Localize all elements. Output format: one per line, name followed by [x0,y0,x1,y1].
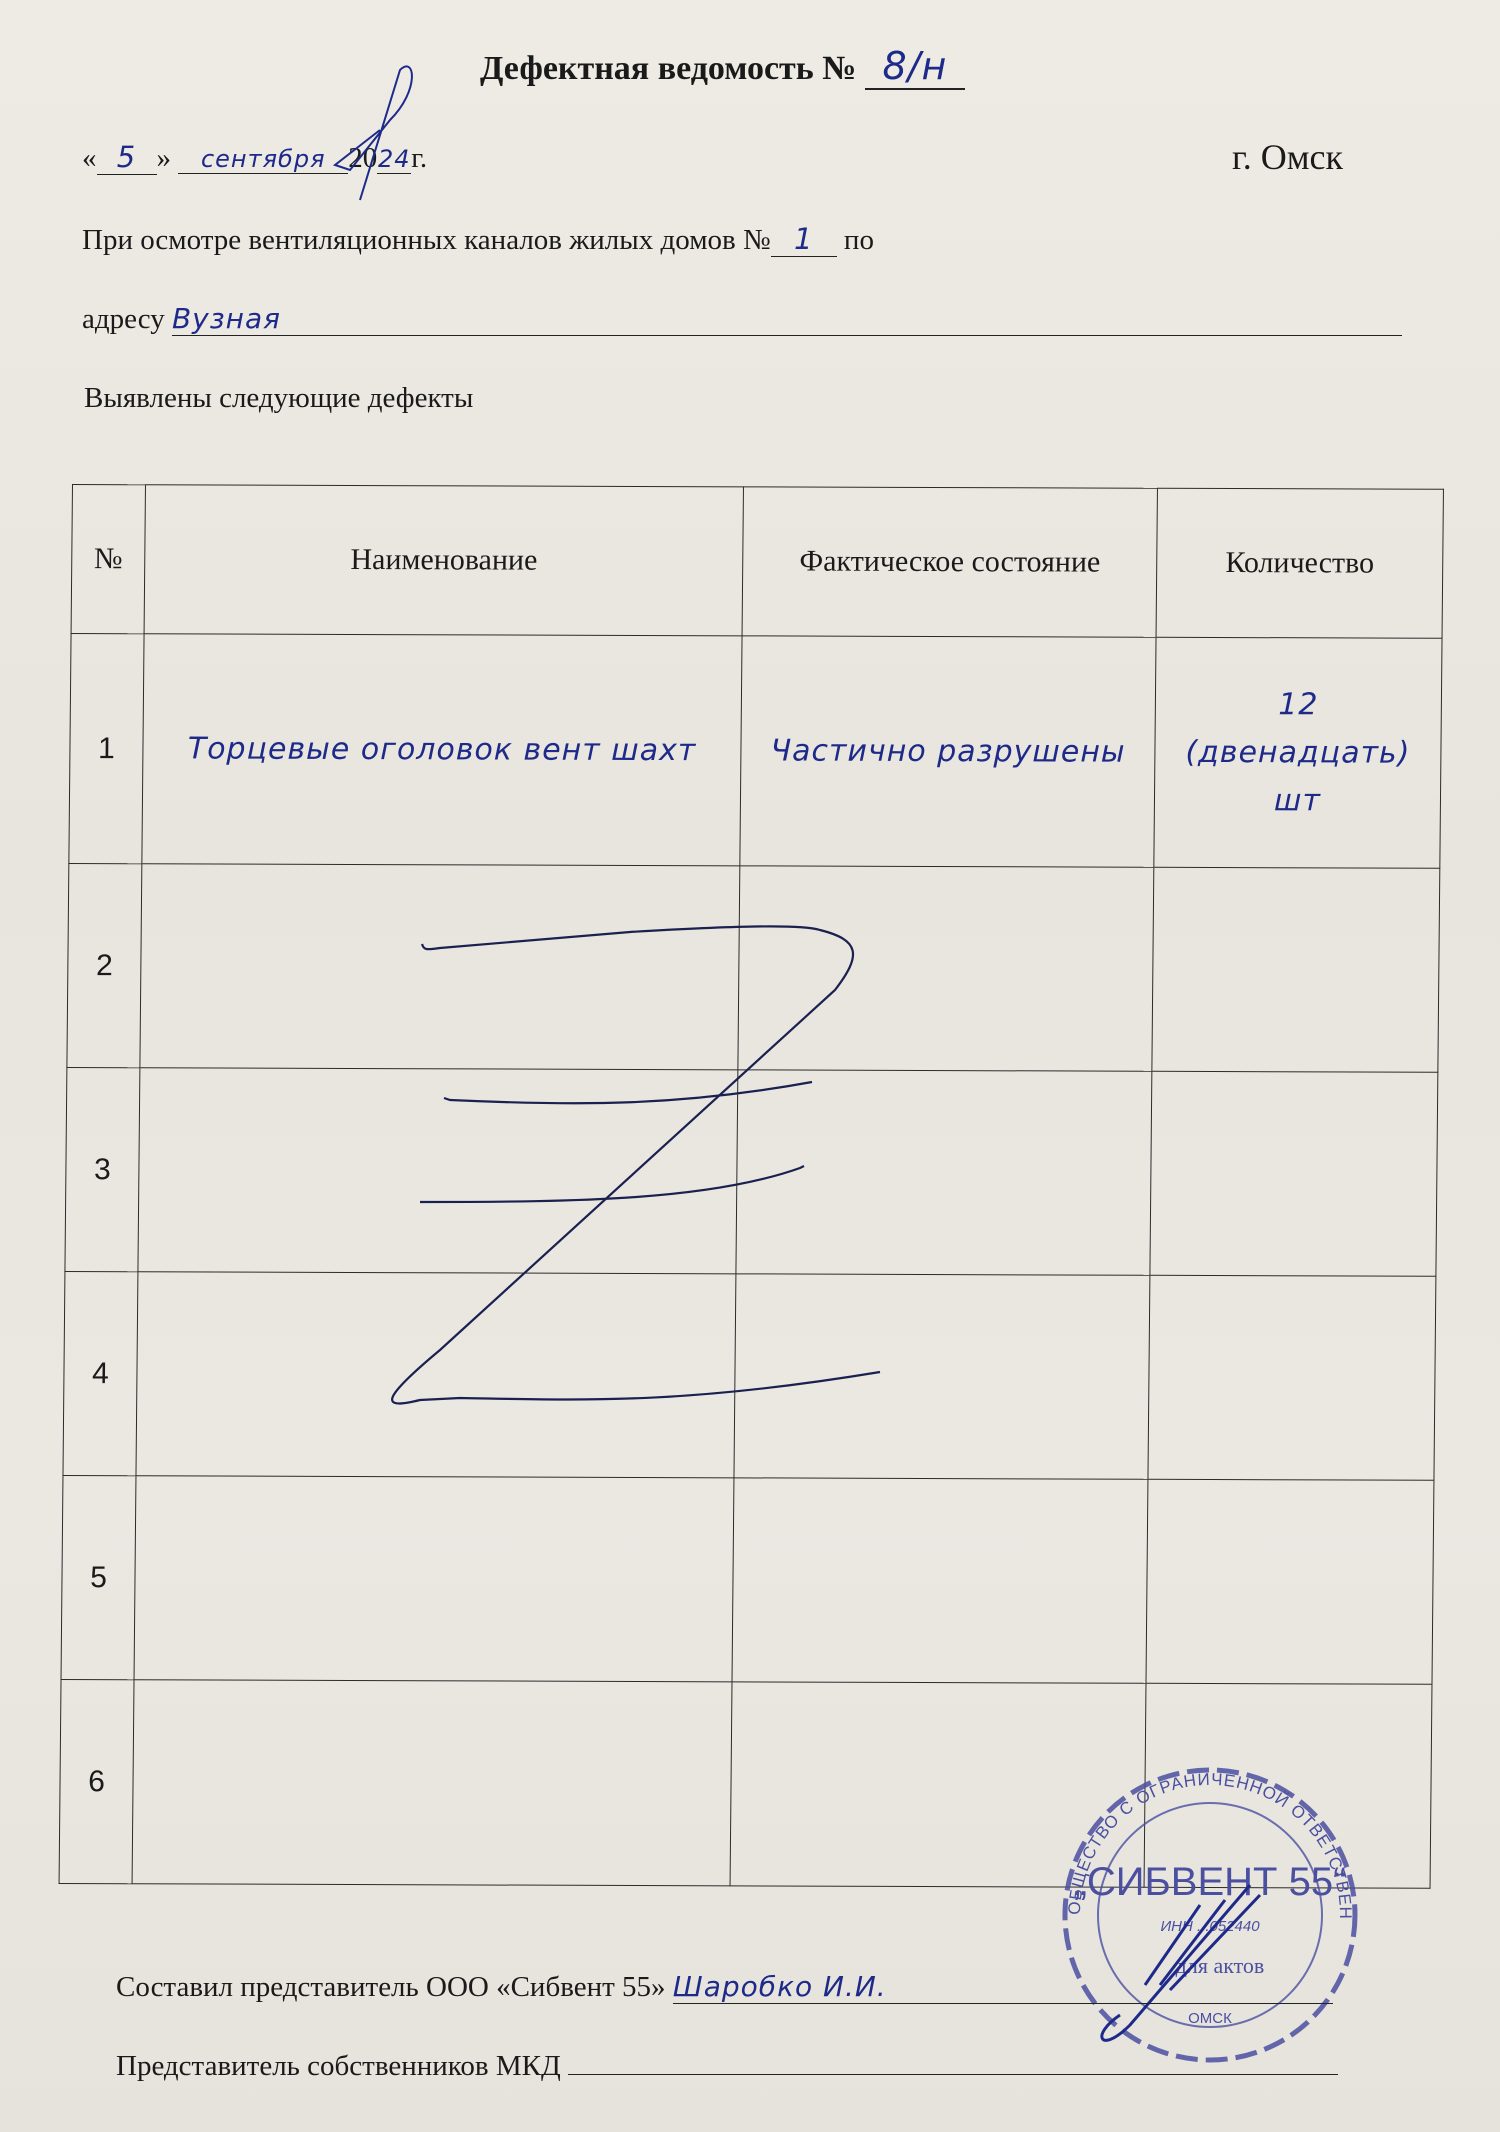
row-name [134,1476,734,1682]
row-number: 3 [65,1067,140,1271]
company-stamp-icon: ОБЩЕСТВО С ОГРАНИЧЕННОЙ ОТВЕТСТВЕННОСТЬЮ… [1050,1755,1370,2065]
house-number: 1 [771,222,837,257]
row-name [140,864,740,1070]
city: г. Омск [1232,136,1343,178]
table-row: 1 Торцевые оголовок вент шахт Частично р… [69,634,1442,869]
table-row: 3 [65,1067,1438,1276]
row-name: Торцевые оголовок вент шахт [142,634,742,866]
header-number: № [71,485,145,634]
header-name: Наименование [144,485,744,636]
row-number: 4 [63,1271,138,1475]
row-number: 1 [69,634,144,864]
row-quantity [1146,1479,1434,1684]
table-row: 5 [61,1475,1434,1684]
row-state [732,1478,1148,1683]
row-number: 2 [67,863,142,1067]
date-day: 5 [97,140,157,175]
defects-intro: Выявлены следующие дефекты [84,382,473,415]
document-title: Дефектная ведомость № 8/н [480,44,965,90]
header-state: Фактическое состояние [742,487,1157,637]
owners-rep-signature-field[interactable] [568,2046,1338,2075]
compiled-by-line: Составил представитель ООО «Сибвент 55» … [116,1970,1416,2004]
row-name [132,1680,732,1886]
header-quantity: Количество [1156,488,1443,638]
owners-rep-label: Представитель собственников МКД [116,2050,561,2082]
table-row: 2 [67,863,1440,1072]
table-header-row: № Наименование Фактическое состояние Кол… [71,485,1443,639]
compiled-by-label: Составил представитель ООО «Сибвент 55» [116,1971,666,2003]
date-open-quote: « [82,142,97,174]
title-text: Дефектная ведомость № [480,50,856,87]
inspection-line: При осмотре вентиляционных каналов жилых… [82,222,874,257]
row-state [736,1070,1152,1275]
defects-table: № Наименование Фактическое состояние Кол… [59,484,1444,1889]
row-name [136,1272,736,1478]
table-row: 4 [63,1271,1436,1480]
row-state [734,1274,1150,1479]
address-value: Вузная [172,302,1402,336]
inspection-suffix: по [844,224,874,256]
date-signature-stroke-icon [320,60,440,210]
owners-rep-line: Представитель собственников МКД [116,2046,1416,2083]
row-quantity: 12 (двенадцать) шт [1154,637,1442,868]
row-number: 5 [61,1475,136,1679]
date-close-quote: » [157,142,172,174]
compiled-by-signature: Шаробко И.И. [673,1970,1333,2004]
inspection-prefix: При осмотре вентиляционных каналов жилых… [82,224,771,256]
row-quantity [1150,1071,1438,1276]
row-quantity [1148,1275,1436,1480]
row-name [138,1068,738,1274]
row-quantity [1152,867,1440,1072]
row-state [738,866,1154,1071]
row-number: 6 [59,1679,134,1883]
row-state: Частично разрушены [740,636,1156,867]
document-number: 8/н [865,44,965,90]
stamp-city: ОМСК [1188,2010,1232,2027]
address-line: адресу Вузная [82,302,1412,336]
address-label: адресу [82,303,165,335]
stamp-center-text: „СИБВЕНТ 55“ [1074,1860,1347,1904]
